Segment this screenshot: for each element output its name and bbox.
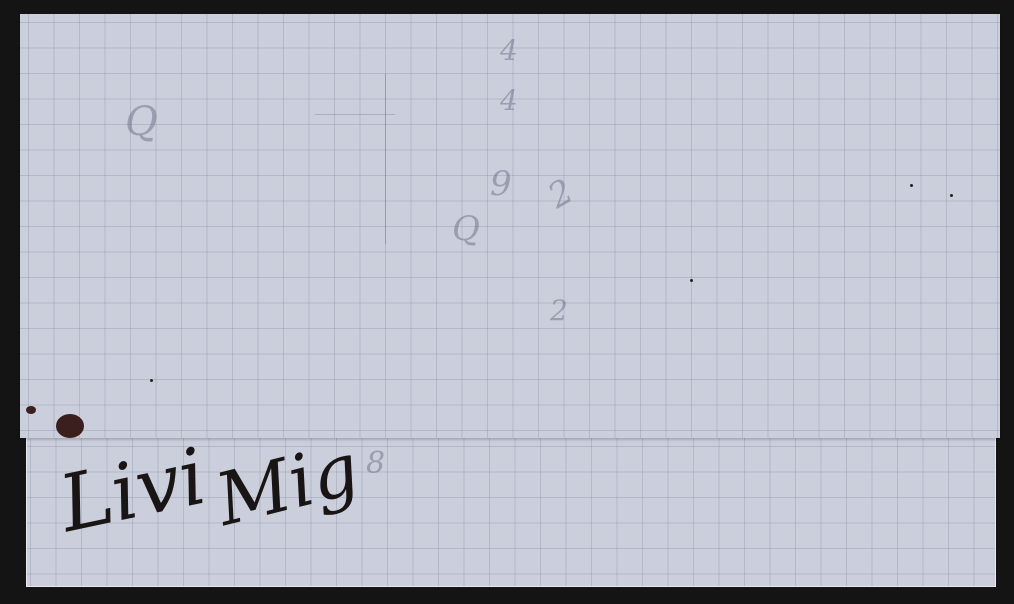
ink-signature-right: Mig <box>208 426 367 542</box>
pencil-mark: 8 <box>366 446 385 481</box>
speck <box>150 379 153 382</box>
pencil-mark: 2 <box>550 294 568 327</box>
letter-top-sheet: Q 9 Q 2 4 4 2 <box>20 14 1000 438</box>
ink-stain <box>56 414 84 438</box>
speck <box>950 194 953 197</box>
letter-lower-flap: Livi Mig 8 <box>26 436 996 587</box>
pencil-mark: Q <box>452 209 480 249</box>
pencil-mark: 4 <box>500 84 518 117</box>
pencil-line <box>315 114 395 115</box>
speck <box>910 184 913 187</box>
pencil-line <box>385 74 386 244</box>
ink-stain <box>26 406 36 414</box>
pencil-mark: 9 <box>490 164 512 204</box>
pencil-mark: 2 <box>541 171 580 216</box>
ink-signature-left: Livi <box>52 432 213 550</box>
pencil-mark: Q <box>125 99 158 145</box>
pencil-mark: 4 <box>500 34 518 67</box>
speck <box>690 279 693 282</box>
